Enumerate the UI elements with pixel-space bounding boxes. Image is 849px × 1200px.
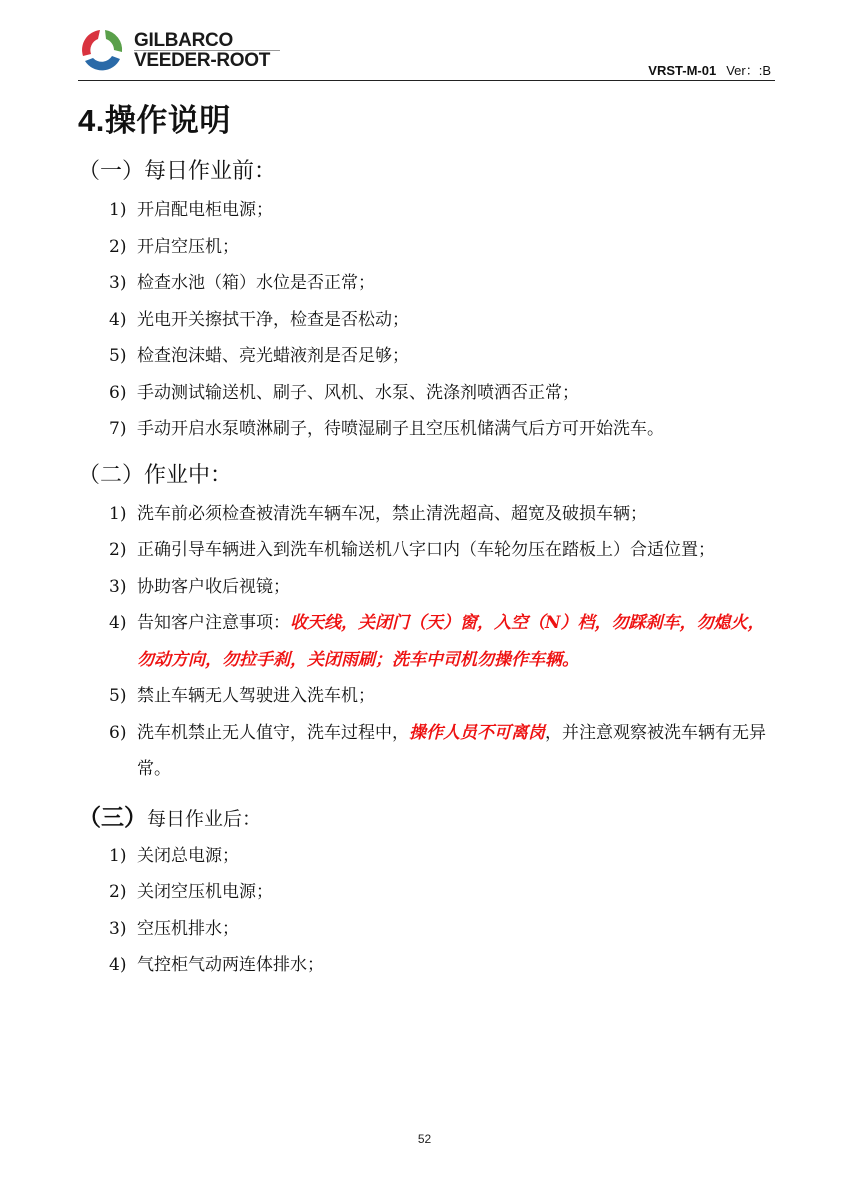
item-number: 3) [109,911,126,948]
document-body: 4.操作说明 （一）每日作业前： 1)开启配电柜电源； 2)开启空压机； 3)检… [78,96,778,984]
list-item: 7)手动开启水泵喷淋刷子，待喷湿刷子且空压机储满气后方可开始洗车。 [78,411,778,448]
section-title-text: 每日作业后： [147,808,261,830]
list-item: 3)空压机排水； [78,911,778,948]
list-item: 4)告知客户注意事项：收天线，关闭门（天）窗，入空（N）档，勿踩刹车，勿熄火，勿… [78,605,778,678]
logo-line-2: VEEDER-ROOT [134,50,270,71]
item-text: 正确引导车辆进入到洗车机输送机八字口内（车轮勿压在踏板上）合适位置； [137,540,715,560]
logo-mark-icon [78,26,126,74]
company-logo: GILBARCO VEEDER-ROOT [78,26,280,74]
item-number: 3) [109,569,126,606]
item-number: 6) [109,375,126,412]
list-item: 2)正确引导车辆进入到洗车机输送机八字口内（车轮勿压在踏板上）合适位置； [78,532,778,569]
list-item: 3)检查水池（箱）水位是否正常； [78,265,778,302]
list-item: 6)洗车机禁止无人值守，洗车过程中，操作人员不可离岗，并注意观察被洗车辆有无异常… [78,715,778,788]
item-number: 1) [109,496,126,533]
item-number: 2) [109,874,126,911]
document-id: VRST-M-01Ver：:B [648,60,771,79]
item-text: 气控柜气动两连体排水； [137,955,324,975]
item-text: 洗车机禁止无人值守，洗车过程中， [137,723,409,743]
list-item: 5)检查泡沫蜡、亮光蜡液剂是否足够； [78,338,778,375]
item-number: 7) [109,411,126,448]
page-header: GILBARCO VEEDER-ROOT VRST-M-01Ver：:B [78,26,775,82]
item-text: 洗车前必须检查被清洗车辆车况，禁止清洗超高、超宽及破损车辆； [137,504,647,524]
item-text: 关闭总电源； [137,846,239,866]
item-number: 6) [109,715,126,752]
during-work-list: 1)洗车前必须检查被清洗车辆车况，禁止清洗超高、超宽及破损车辆； 2)正确引导车… [78,496,778,788]
item-text: 手动开启水泵喷淋刷子，待喷湿刷子且空压机储满气后方可开始洗车。 [137,419,664,439]
item-number: 4) [109,947,126,984]
section-title-during-work: （二）作业中： [78,456,778,496]
item-text: 告知客户注意事项： [137,613,290,633]
doc-code: VRST-M-01 [648,63,716,78]
list-item: 1)关闭总电源； [78,838,778,875]
section-number: （三） [78,805,147,831]
list-item: 1)开启配电柜电源； [78,192,778,229]
item-text: 开启配电柜电源； [137,200,273,220]
list-item: 1)洗车前必须检查被清洗车辆车况，禁止清洗超高、超宽及破损车辆； [78,496,778,533]
after-work-list: 1)关闭总电源； 2)关闭空压机电源； 3)空压机排水； 4)气控柜气动两连体排… [78,838,778,984]
item-number: 1) [109,838,126,875]
item-text: 禁止车辆无人驾驶进入洗车机； [137,686,375,706]
list-item: 4)气控柜气动两连体排水； [78,947,778,984]
list-item: 2)关闭空压机电源； [78,874,778,911]
list-item: 3)协助客户收后视镜； [78,569,778,606]
item-number: 4) [109,605,126,642]
list-item: 6)手动测试输送机、刷子、风机、水泵、洗涤剂喷洒否正常； [78,375,778,412]
doc-version: Ver：:B [726,63,771,78]
item-text: 检查泡沫蜡、亮光蜡液剂是否足够； [137,346,409,366]
item-number: 2) [109,229,126,266]
item-number: 3) [109,265,126,302]
item-text: 开启空压机； [137,237,239,257]
item-number: 5) [109,678,126,715]
item-text: 手动测试输送机、刷子、风机、水泵、洗涤剂喷洒否正常； [137,383,579,403]
logo-line-1: GILBARCO [134,31,280,51]
item-text: 协助客户收后视镜； [137,577,290,597]
section-title-before-work: （一）每日作业前： [78,152,778,192]
item-number: 4) [109,302,126,339]
item-text: 关闭空压机电源； [137,882,273,902]
page-number: 52 [0,1132,849,1146]
title-number: 4. [78,103,105,138]
warning-text: 操作人员不可离岗 [409,723,545,743]
item-text: 光电开关擦拭干净，检查是否松动； [137,310,409,330]
item-number: 1) [109,192,126,229]
title-text: 操作说明 [105,103,231,139]
list-item: 2)开启空压机； [78,229,778,266]
list-item: 5)禁止车辆无人驾驶进入洗车机； [78,678,778,715]
section-title-after-work: （三）每日作业后： [78,798,778,838]
item-text: 空压机排水； [137,919,239,939]
item-number: 2) [109,532,126,569]
item-number: 5) [109,338,126,375]
page-title: 4.操作说明 [78,96,778,146]
logo-wordmark: GILBARCO VEEDER-ROOT [134,31,280,70]
before-work-list: 1)开启配电柜电源； 2)开启空压机； 3)检查水池（箱）水位是否正常； 4)光… [78,192,778,448]
list-item: 4)光电开关擦拭干净，检查是否松动； [78,302,778,339]
header-divider [78,80,775,81]
item-text: 检查水池（箱）水位是否正常； [137,273,375,293]
